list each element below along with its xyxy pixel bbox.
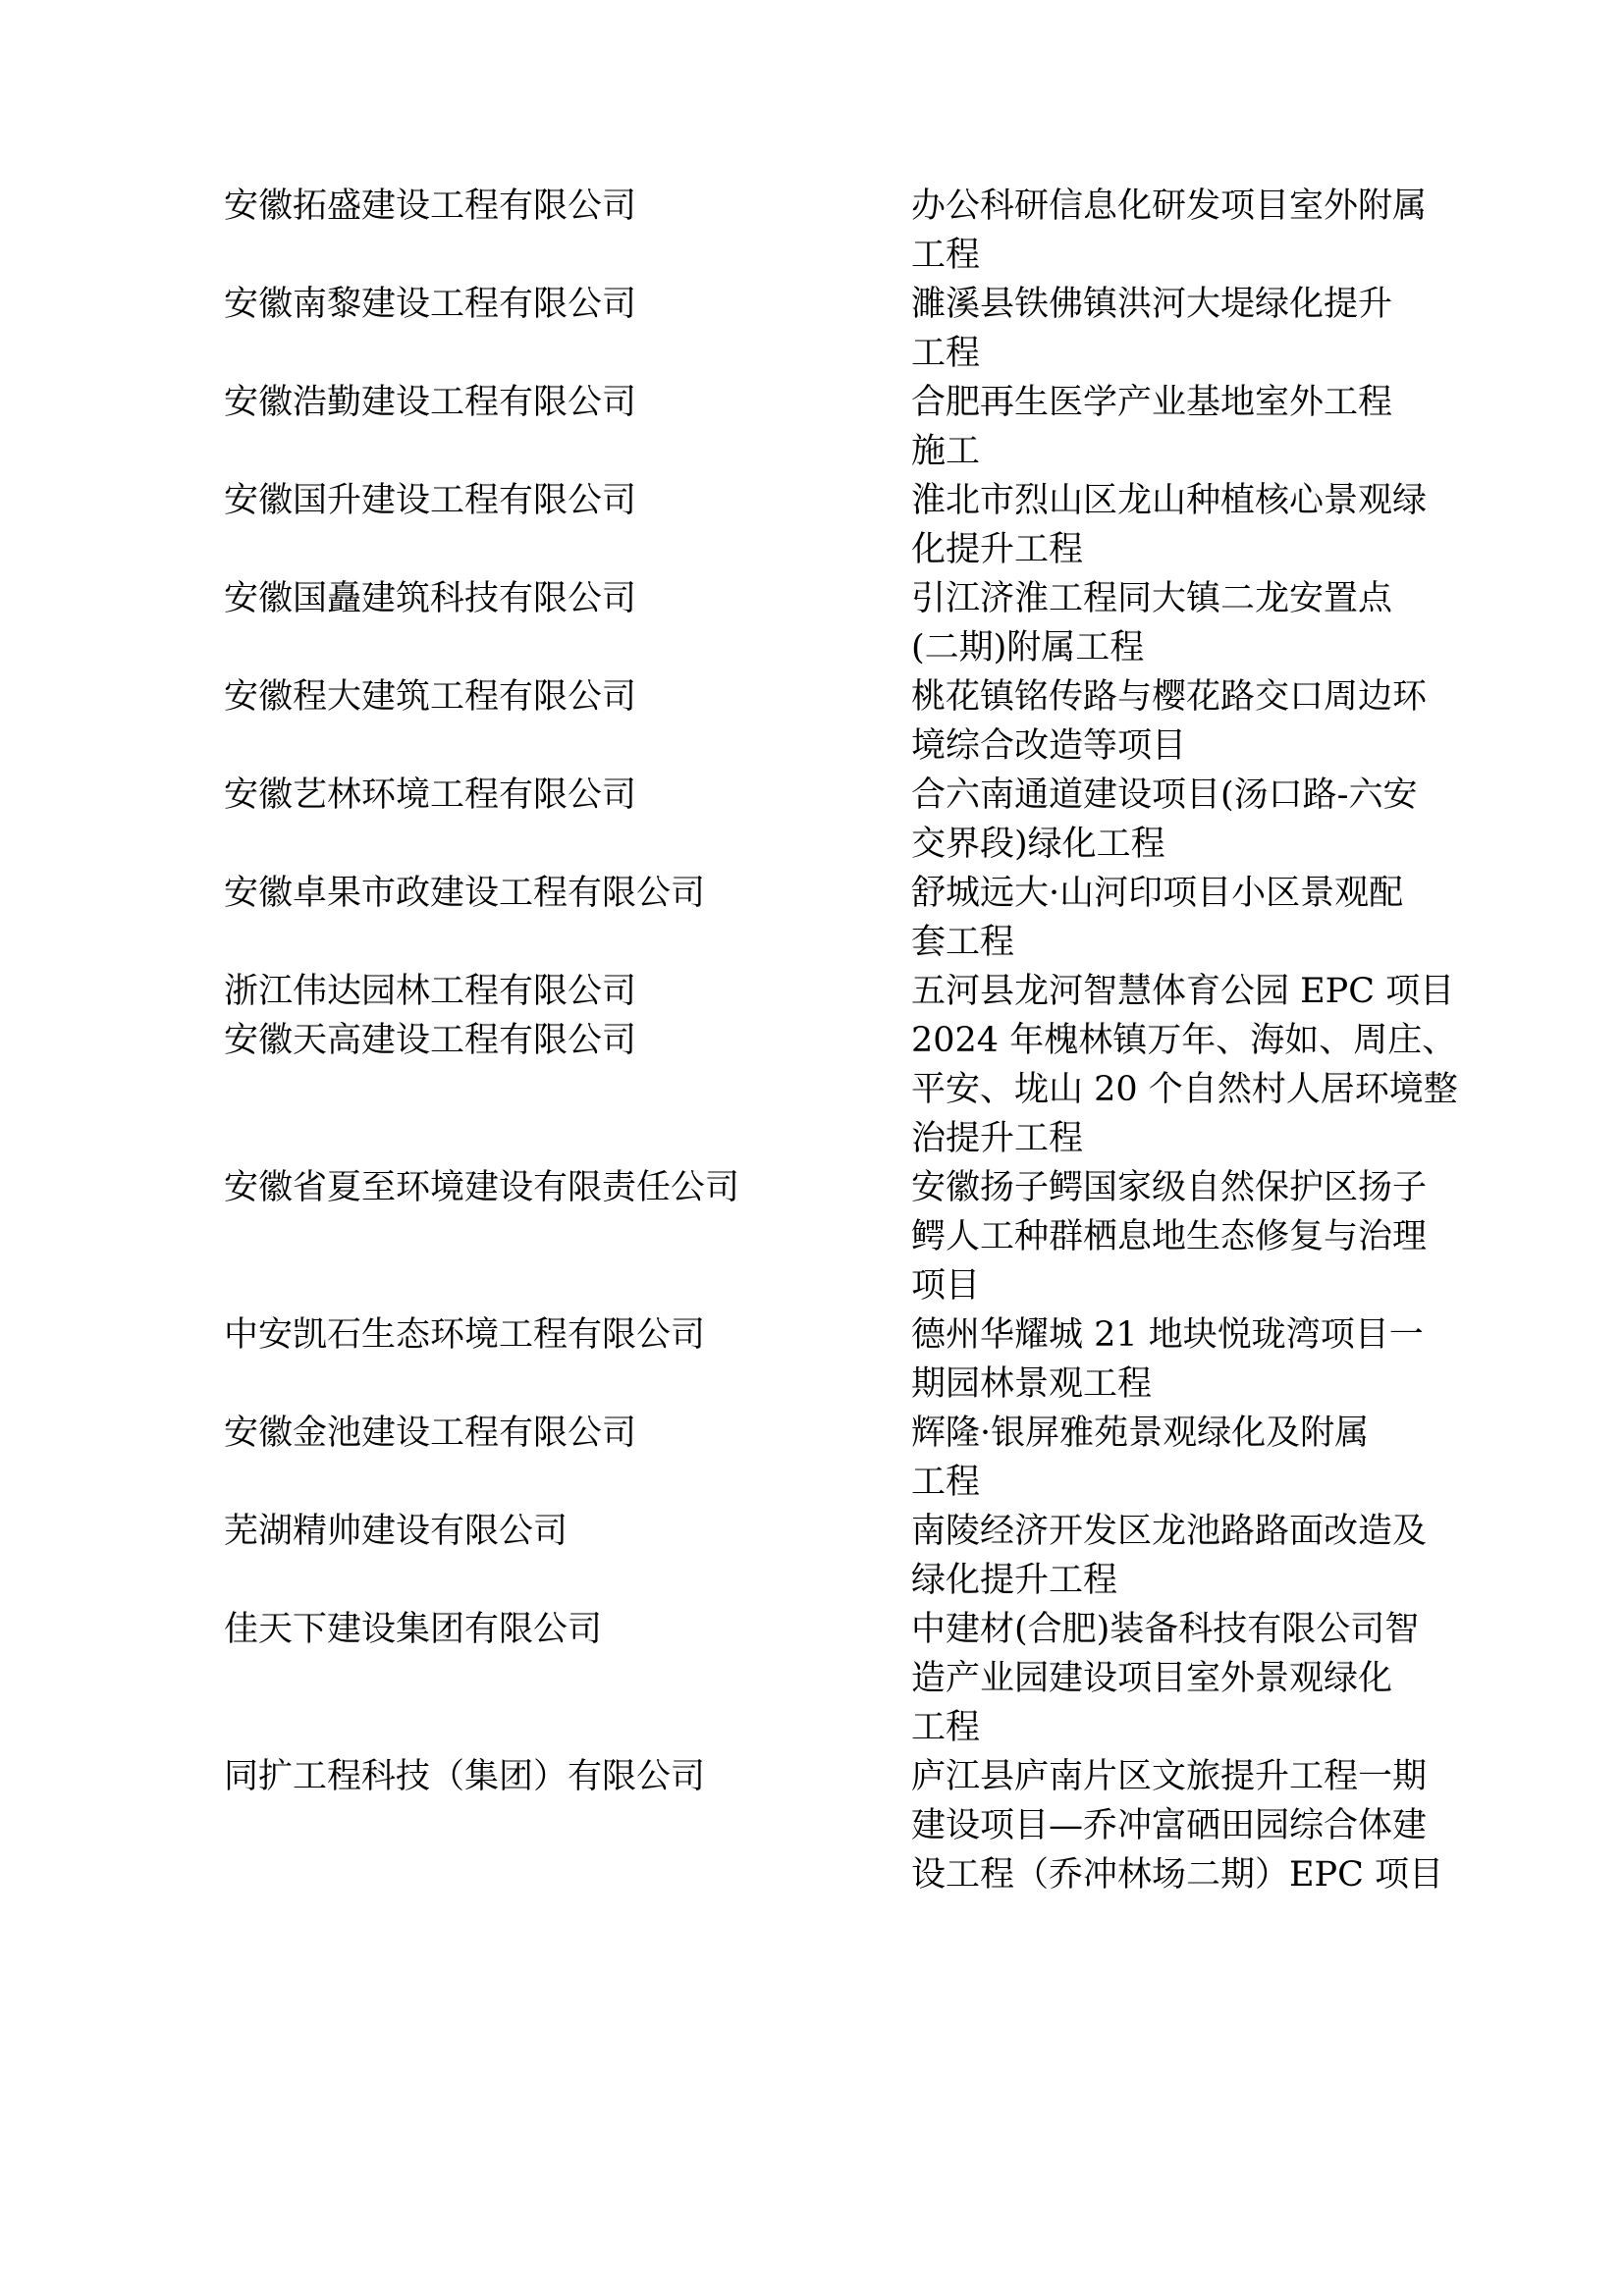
table-row: 安徽程大建筑工程有限公司 桃花镇铭传路与樱花路交口周边环 境综合改造等项目 (224, 672, 1471, 771)
project-name-cell: 中建材(合肥)装备科技有限公司智 造产业园建设项目室外景观绿化 工程 (911, 1605, 1461, 1752)
company-name-cell: 芜湖精帅建设有限公司 (224, 1507, 911, 1556)
company-name-cell: 安徽省夏至环境建设有限责任公司 (224, 1163, 911, 1212)
project-name-cell: 办公科研信息化研发项目室外附属 工程 (911, 182, 1461, 280)
project-name-cell: 庐江县庐南片区文旅提升工程一期 建设项目—乔冲富硒田园综合体建 设工程（乔冲林场… (911, 1752, 1461, 1899)
company-name-cell: 浙江伟达园林工程有限公司 (224, 967, 911, 1016)
project-name-cell: 淮北市烈山区龙山种植核心景观绿 化提升工程 (911, 476, 1461, 574)
project-name-cell: 合六南通道建设项目(汤口路-六安 交界段)绿化工程 (911, 771, 1461, 869)
project-name-cell: 辉隆·银屏雅苑景观绿化及附属 工程 (911, 1409, 1461, 1507)
company-name-cell: 安徽国矗建筑科技有限公司 (224, 574, 911, 623)
company-name-cell: 安徽天高建设工程有限公司 (224, 1016, 911, 1065)
project-name-cell: 五河县龙河智慧体育公园 EPC 项目 (911, 967, 1461, 1016)
table-row: 安徽国矗建筑科技有限公司 引江济淮工程同大镇二龙安置点 (二期)附属工程 (224, 574, 1471, 672)
table-row: 安徽艺林环境工程有限公司 合六南通道建设项目(汤口路-六安 交界段)绿化工程 (224, 771, 1471, 869)
project-name-cell: 濉溪县铁佛镇洪河大堤绿化提升 工程 (911, 280, 1461, 378)
project-name-cell: 南陵经济开发区龙池路路面改造及 绿化提升工程 (911, 1507, 1461, 1605)
company-name-cell: 安徽金池建设工程有限公司 (224, 1409, 911, 1458)
table-row: 安徽金池建设工程有限公司 辉隆·银屏雅苑景观绿化及附属 工程 (224, 1409, 1471, 1507)
table-row: 安徽拓盛建设工程有限公司 办公科研信息化研发项目室外附属 工程 (224, 182, 1471, 280)
table-row: 浙江伟达园林工程有限公司 五河县龙河智慧体育公园 EPC 项目 (224, 967, 1471, 1016)
table-row: 安徽卓果市政建设工程有限公司 舒城远大·山河印项目小区景观配 套工程 (224, 869, 1471, 967)
company-name-cell: 中安凯石生态环境工程有限公司 (224, 1310, 911, 1360)
project-name-cell: 桃花镇铭传路与樱花路交口周边环 境综合改造等项目 (911, 672, 1461, 771)
table-row: 安徽国升建设工程有限公司 淮北市烈山区龙山种植核心景观绿 化提升工程 (224, 476, 1471, 574)
company-name-cell: 安徽南黎建设工程有限公司 (224, 280, 911, 329)
table-row: 芜湖精帅建设有限公司 南陵经济开发区龙池路路面改造及 绿化提升工程 (224, 1507, 1471, 1605)
document-page: 安徽拓盛建设工程有限公司 办公科研信息化研发项目室外附属 工程 安徽南黎建设工程… (0, 0, 1624, 2296)
project-name-cell: 合肥再生医学产业基地室外工程 施工 (911, 378, 1461, 476)
project-name-cell: 安徽扬子鳄国家级自然保护区扬子 鳄人工种群栖息地生态修复与治理 项目 (911, 1163, 1461, 1310)
company-name-cell: 安徽国升建设工程有限公司 (224, 476, 911, 525)
company-name-cell: 安徽卓果市政建设工程有限公司 (224, 869, 911, 918)
company-name-cell: 安徽浩勤建设工程有限公司 (224, 378, 911, 427)
table-row: 安徽南黎建设工程有限公司 濉溪县铁佛镇洪河大堤绿化提升 工程 (224, 280, 1471, 378)
table-row: 同扩工程科技（集团）有限公司 庐江县庐南片区文旅提升工程一期 建设项目—乔冲富硒… (224, 1752, 1471, 1899)
table-row: 安徽浩勤建设工程有限公司 合肥再生医学产业基地室外工程 施工 (224, 378, 1471, 476)
companies-projects-table: 安徽拓盛建设工程有限公司 办公科研信息化研发项目室外附属 工程 安徽南黎建设工程… (224, 182, 1471, 1899)
table-row: 中安凯石生态环境工程有限公司 德州华耀城 21 地块悦珑湾项目一 期园林景观工程 (224, 1310, 1471, 1409)
project-name-cell: 引江济淮工程同大镇二龙安置点 (二期)附属工程 (911, 574, 1461, 672)
project-name-cell: 德州华耀城 21 地块悦珑湾项目一 期园林景观工程 (911, 1310, 1461, 1409)
company-name-cell: 安徽拓盛建设工程有限公司 (224, 182, 911, 231)
company-name-cell: 安徽艺林环境工程有限公司 (224, 771, 911, 820)
table-row: 安徽省夏至环境建设有限责任公司 安徽扬子鳄国家级自然保护区扬子 鳄人工种群栖息地… (224, 1163, 1471, 1310)
company-name-cell: 安徽程大建筑工程有限公司 (224, 672, 911, 721)
table-row: 安徽天高建设工程有限公司 2024 年槐林镇万年、海如、周庄、 平安、垅山 20… (224, 1016, 1471, 1163)
company-name-cell: 同扩工程科技（集团）有限公司 (224, 1752, 911, 1801)
project-name-cell: 舒城远大·山河印项目小区景观配 套工程 (911, 869, 1461, 967)
company-name-cell: 佳天下建设集团有限公司 (224, 1605, 911, 1654)
table-row: 佳天下建设集团有限公司 中建材(合肥)装备科技有限公司智 造产业园建设项目室外景… (224, 1605, 1471, 1752)
project-name-cell: 2024 年槐林镇万年、海如、周庄、 平安、垅山 20 个自然村人居环境整 治提… (911, 1016, 1461, 1163)
